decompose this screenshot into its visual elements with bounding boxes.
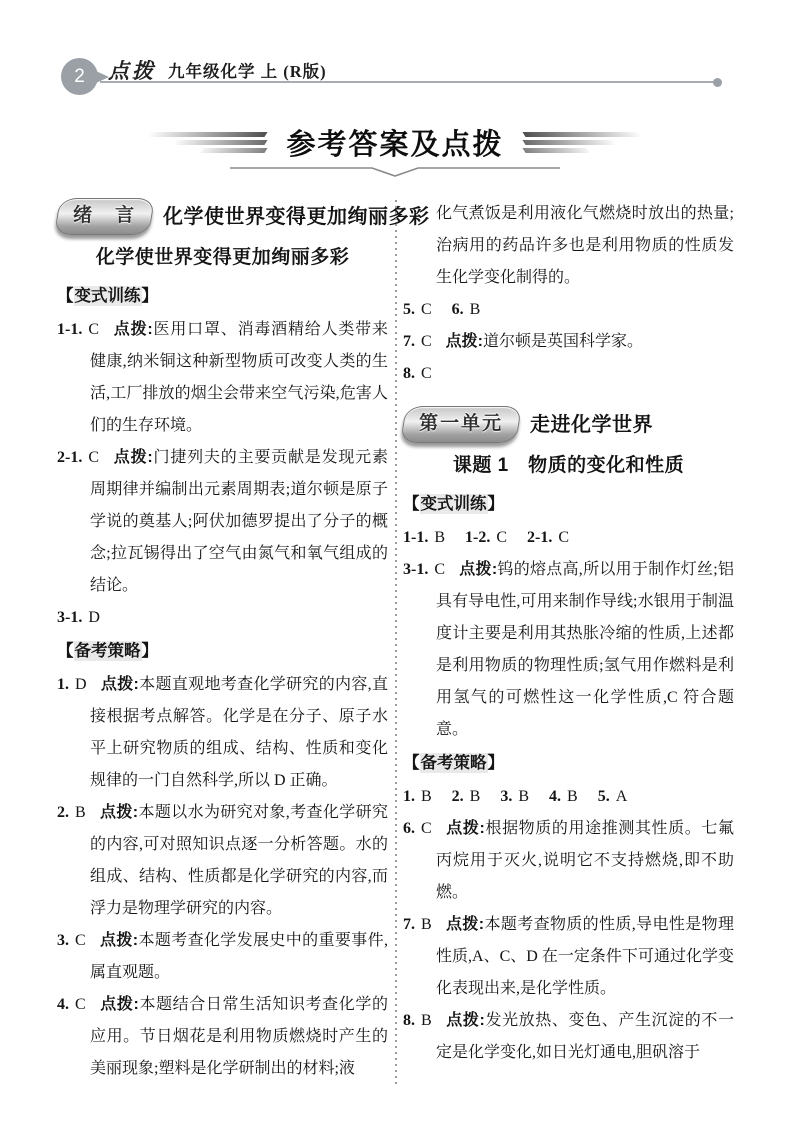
page-number-badge: 2: [61, 58, 98, 95]
answer-letter: C: [75, 996, 86, 1013]
answer-pair: 2.B: [452, 788, 481, 805]
continuation-paragraph: 化气煮饭是利用液化气燃烧时放出的热量;治病用的药品许多也是利用物质的性质发生化学…: [403, 198, 734, 294]
unit-badge-label: 绪 言: [73, 200, 136, 232]
question-number: 6.: [403, 820, 415, 837]
bracket-open: 【: [57, 287, 74, 305]
question-number: 2-1.: [57, 449, 82, 466]
question-number: 7.: [403, 916, 415, 933]
answer-letter: B: [470, 301, 481, 318]
bracket-label: 【变式训练】: [403, 487, 734, 522]
answer-letter: C: [88, 321, 99, 338]
question-number: 2.: [452, 788, 464, 805]
answer-letter: C: [434, 561, 445, 578]
bracket-text: 变式训练: [74, 286, 142, 306]
question-number: 3-1.: [403, 561, 428, 578]
bracket-text: 变式训练: [420, 494, 488, 514]
wing-decoration-right-icon: [524, 132, 642, 153]
answer-letter: C: [421, 820, 432, 837]
bracket-open: 【: [403, 754, 420, 772]
answer-item: 1-1.C点拨:医用口罩、消毒酒精给人类带来健康,纳米铜这种新型物质可改变人类的…: [57, 314, 388, 442]
answer-pair: 3.B: [500, 788, 529, 805]
answer-item: 1.D点拨:本题直观地考查化学研究的内容,直接根据考点解答。化学是在分子、原子水…: [57, 669, 388, 797]
answer-row: 5.C6.B: [403, 294, 734, 326]
content-columns: 绪 言化学使世界变得更加绚丽多彩化学使世界变得更加绚丽多彩【变式训练】1-1.C…: [57, 198, 737, 1085]
unit-heading: 第一单元走进化学世界: [403, 406, 734, 443]
unit-title: 化学使世界变得更加绚丽多彩: [163, 201, 430, 233]
unit-badge: 第一单元: [400, 406, 522, 443]
answer-item: 3-1.C点拨:钨的熔点高,所以用于制作灯丝;铝具有导电性,可用来制作导线;水银…: [403, 554, 734, 746]
tip-text: 道尔顿是英国科学家。: [483, 333, 643, 350]
tip-label: 点拨:: [459, 561, 497, 578]
main-title-block: 参考答案及点拨: [0, 122, 790, 178]
answer-item: 2.B点拨:本题以水为研究对象,考查化学研究的内容,可对照知识点逐一分析答题。水…: [57, 797, 388, 925]
tip-label: 点拨:: [446, 916, 484, 933]
question-number: 8.: [403, 1012, 415, 1029]
answer-pair: 5.A: [598, 788, 628, 805]
question-number: 5.: [403, 301, 415, 318]
answer-item: 8.B点拨:发光放热、变色、产生沉淀的不一定是化学变化,如日光灯通电,胆矾溶于: [403, 1005, 734, 1069]
question-number: 5.: [598, 788, 610, 805]
bracket-close: 】: [142, 287, 159, 305]
answer-pair: 1-1.B: [403, 529, 445, 546]
answer-row: 1-1.B1-2.C2-1.C: [403, 522, 734, 554]
answer-letter: B: [518, 788, 529, 805]
question-number: 3-1.: [57, 609, 82, 626]
answer-pair: 1.B: [403, 788, 432, 805]
unit-badge-label: 第一单元: [419, 408, 503, 440]
title-underline-icon: [230, 166, 560, 178]
question-number: 2-1.: [527, 529, 552, 546]
answer-letter: D: [88, 609, 100, 626]
question-number: 8.: [403, 365, 415, 382]
unit-heading: 绪 言化学使世界变得更加绚丽多彩: [57, 198, 388, 235]
answer-letter: C: [496, 529, 507, 546]
answer-letter: B: [434, 529, 445, 546]
bracket-close: 】: [488, 754, 505, 772]
answer-item: 3.C点拨:本题考查化学发展史中的重要事件,属直观题。: [57, 925, 388, 989]
tip-label: 点拨:: [113, 449, 153, 466]
answer-letter: C: [421, 301, 432, 318]
question-number: 4.: [57, 996, 69, 1013]
answer-pair: 6.B: [452, 301, 481, 318]
question-number: 2.: [57, 804, 69, 821]
answer-letter: C: [88, 449, 99, 466]
right-column: 化气煮饭是利用液化气燃烧时放出的热量;治病用的药品许多也是利用物质的性质发生化学…: [403, 198, 734, 1085]
tip-label: 点拨:: [113, 321, 153, 338]
header-title: 九年级化学 上 (R版): [168, 58, 327, 82]
answer-letter: D: [75, 676, 87, 693]
answer-row: 1.B2.B3.B4.B5.A: [403, 781, 734, 813]
bracket-text: 备考策略: [74, 641, 142, 661]
bracket-open: 【: [403, 495, 420, 513]
answer-letter: B: [470, 788, 481, 805]
answer-pair: 1-2.C: [465, 529, 507, 546]
question-number: 1.: [57, 676, 69, 693]
tip-label: 点拨:: [446, 1012, 485, 1029]
bracket-label: 【变式训练】: [57, 279, 388, 314]
bracket-close: 】: [142, 642, 159, 660]
question-number: 7.: [403, 333, 415, 350]
tip-label: 点拨:: [446, 333, 483, 350]
answer-letter: C: [421, 333, 432, 350]
bracket-open: 【: [57, 642, 74, 660]
bracket-close: 】: [488, 495, 505, 513]
answer-letter: C: [75, 932, 86, 949]
answer-letter: B: [567, 788, 578, 805]
answer-item: 7.B点拨:本题考查物质的性质,导电性是物理性质,A、C、D 在一定条件下可通过…: [403, 909, 734, 1005]
tip-text: 钨的熔点高,所以用于制作灯丝;铝具有导电性,可用来制作导线;水银用于制温度计主要…: [436, 561, 734, 738]
page-number: 2: [74, 66, 85, 88]
answer-item: 4.C点拨:本题结合日常生活知识考查化学的应用。节日烟花是利用物质燃烧时产生的美…: [57, 989, 388, 1085]
header-rule: [100, 81, 720, 83]
unit-badge: 绪 言: [54, 198, 155, 235]
answer-letter: A: [616, 788, 628, 805]
section-heading: 课题 1 物质的变化和性质: [403, 447, 734, 485]
answer-letter: C: [421, 365, 432, 382]
book-page: 2 点拨 九年级化学 上 (R版) 参考答案及点拨 绪 言化学使世界变得更加绚丽…: [0, 0, 790, 1122]
unit-title: 走进化学世界: [530, 409, 653, 441]
line-end-dot-icon: [713, 78, 722, 87]
tip-label: 点拨:: [446, 820, 485, 837]
question-number: 1.: [403, 788, 415, 805]
question-number: 3.: [57, 932, 69, 949]
answer-letter: B: [421, 1012, 432, 1029]
answer-pair: 5.C: [403, 301, 432, 318]
answer-letter: C: [558, 529, 569, 546]
answer-item: 2-1.C点拨:门捷列夫的主要贡献是发现元素周期律并编制出元素周期表;道尔顿是原…: [57, 442, 388, 602]
tip-label: 点拨:: [100, 996, 139, 1013]
bracket-label: 【备考策略】: [57, 634, 388, 669]
question-number: 1-1.: [57, 321, 82, 338]
answer-letter: B: [421, 916, 432, 933]
question-number: 3.: [500, 788, 512, 805]
answer-item: 8.C: [403, 358, 734, 390]
answer-pair: 2-1.C: [527, 529, 569, 546]
section-heading: 化学使世界变得更加绚丽多彩: [57, 239, 388, 277]
question-number: 1-2.: [465, 529, 490, 546]
column-divider: [395, 200, 397, 1085]
question-number: 4.: [549, 788, 561, 805]
tip-text: 门捷列夫的主要贡献是发现元素周期律并编制出元素周期表;道尔顿是原子学说的奠基人;…: [90, 449, 388, 594]
bracket-text: 备考策略: [420, 753, 488, 773]
answer-item: 6.C点拨:根据物质的用途推测其性质。七氟丙烷用于灭火,说明它不支持燃烧,即不助…: [403, 813, 734, 909]
answer-item: 3-1.D: [57, 602, 388, 634]
answer-item: 7.C点拨:道尔顿是英国科学家。: [403, 326, 734, 358]
bracket-label: 【备考策略】: [403, 746, 734, 781]
question-number: 1-1.: [403, 529, 428, 546]
tip-label: 点拨:: [101, 676, 139, 693]
page-title: 参考答案及点拨: [286, 122, 503, 163]
answer-letter: B: [75, 804, 86, 821]
wing-decoration-left-icon: [148, 132, 266, 153]
tip-label: 点拨:: [100, 932, 138, 949]
left-column: 绪 言化学使世界变得更加绚丽多彩化学使世界变得更加绚丽多彩【变式训练】1-1.C…: [57, 198, 388, 1085]
answer-pair: 4.B: [549, 788, 578, 805]
question-number: 6.: [452, 301, 464, 318]
answer-letter: B: [421, 788, 432, 805]
tip-label: 点拨:: [100, 804, 138, 821]
